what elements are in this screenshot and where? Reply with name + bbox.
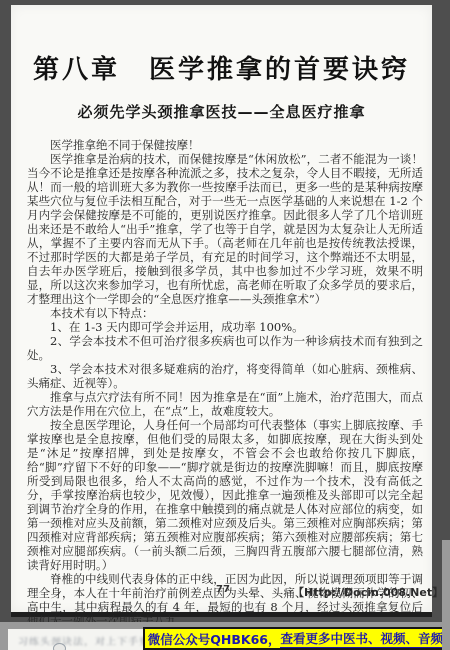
page-number: 77: [216, 584, 230, 595]
faint-circle-icon: [53, 643, 66, 650]
paragraph: 按全息医学理论，人身任何一个局部均可代表整体（事实上脚底按摩、手掌按摩也是全息按…: [27, 418, 423, 572]
paragraph: 脊椎的中线则代表身体的正中线，正因为此因，所以说调理颈项即等于调理全身，本人在十…: [27, 572, 423, 628]
footer-url: 【Http://Docin.008.Net】: [293, 584, 443, 600]
banner-link-text[interactable]: 查看更多中医书、视频、音频: [280, 629, 443, 648]
wechat-banner[interactable]: 微信公众号QHBK66， 查看更多中医书、视频、音频: [143, 627, 449, 650]
paragraph: 医学推拿绝不同于保健按摩！: [27, 138, 423, 152]
chapter-subtitle: 必须先学头颈推拿医技——全息医疗推拿: [11, 101, 432, 122]
chapter-title: 第八章 医学推拿的首要诀窍: [11, 49, 432, 86]
viewer-gap: 习练头颈诀法，对上下手要求！ 微信公众号QHBK66， 查看更多中医书、视频、音…: [0, 622, 450, 650]
wechat-account-label: 微信公众号QHBK66，: [148, 630, 281, 648]
paragraph: 3、学会本技术对很多疑难病的治疗，将变得简单（如心脏病、颈椎病、头痛症、近视等）…: [27, 362, 423, 390]
book-page: 第八章 医学推拿的首要诀窍 必须先学头颈推拿医技——全息医疗推拿 医学推拿绝不同…: [11, 5, 432, 617]
paragraph: 本技术有以下特点：: [27, 306, 423, 320]
viewer-right-edge: [442, 540, 450, 650]
paragraph: 2、学会本技术不但可治疗很多疾病也可以作为一种诊病技术而有独到之处。: [27, 334, 423, 362]
page-footer: 77 【Http://Docin.008.Net】: [11, 584, 432, 598]
paragraph: 医学推拿是治病的技术，而保健按摩是“休闲放松”，二者不能混为一谈！当今不论是推拿…: [27, 152, 423, 306]
paragraph: 1、在 1-3 天内即可学会并运用，成功率 100%。: [27, 320, 423, 334]
paragraph: 推拿与点穴疗法有所不同！因为推拿是在“面”上施术，治疗范围大，而点穴方法是作用在…: [27, 390, 423, 418]
body-text: 医学推拿绝不同于保健按摩！ 医学推拿是治病的技术，而保健按摩是“休闲放松”，二者…: [27, 138, 423, 628]
document-viewer: 第八章 医学推拿的首要诀窍 必须先学头颈推拿医技——全息医疗推拿 医学推拿绝不同…: [0, 0, 450, 650]
